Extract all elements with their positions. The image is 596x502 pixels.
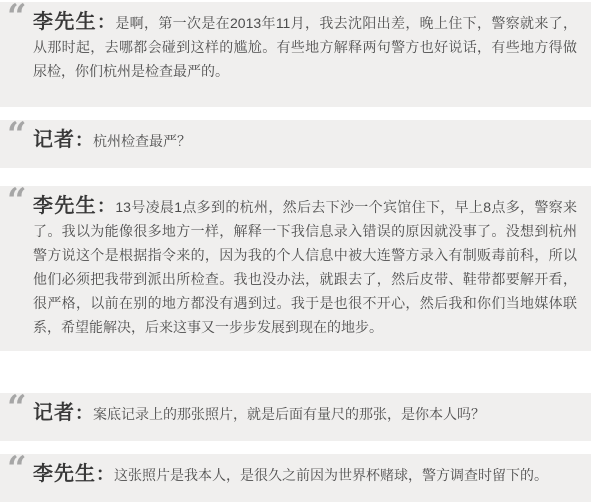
quote-paragraph: 李先生：13号凌晨1点多到的杭州，然后去下沙一个宾馆住下，早上8点多，警察来了。…	[33, 194, 577, 339]
speaker-colon: ：	[96, 464, 114, 484]
speaker-colon: ：	[75, 403, 93, 423]
speaker-name: 记者	[33, 129, 75, 151]
quote-paragraph: 记者：杭州检查最严？	[33, 128, 577, 153]
speaker-colon: ：	[97, 196, 115, 216]
interview-transcript-page: “ 李先生：是啊，第一次是在2013年11月，我去沈阳出差，晚上住下，警察就来了…	[0, 0, 596, 502]
quote-paragraph: 记者：案底记录上的那张照片，就是后面有量尺的那张，是你本人吗？	[33, 401, 577, 426]
quote-block-4: “ 记者：案底记录上的那张照片，就是后面有量尺的那张，是你本人吗？	[0, 393, 591, 441]
quote-icon: “	[7, 393, 27, 423]
quote-block-5: “ 李先生：这张照片是我本人，是很久之前因为世界杯赌球，警方调查时留下的。	[0, 454, 591, 502]
quote-body-text: 杭州检查最严？	[93, 133, 191, 149]
speaker-colon: ：	[75, 130, 93, 150]
speaker-name: 李先生	[33, 11, 97, 33]
quote-icon: “	[7, 454, 27, 484]
speaker-colon: ：	[97, 12, 115, 32]
speaker-name: 李先生	[33, 195, 97, 217]
quote-icon: “	[7, 2, 27, 32]
quote-block-2: “ 记者：杭州检查最严？	[0, 120, 591, 168]
quote-icon: “	[7, 120, 27, 150]
quote-icon: “	[7, 186, 27, 216]
quote-block-3: “ 李先生：13号凌晨1点多到的杭州，然后去下沙一个宾馆住下，早上8点多，警察来…	[0, 186, 591, 351]
quote-paragraph: 李先生：这张照片是我本人，是很久之前因为世界杯赌球，警方调查时留下的。	[33, 462, 577, 487]
quote-body-text: 案底记录上的那张照片，就是后面有量尺的那张，是你本人吗？	[93, 406, 485, 422]
quote-paragraph: 李先生：是啊，第一次是在2013年11月，我去沈阳出差，晚上住下，警察就来了，从…	[33, 10, 577, 83]
quote-body-text: 13号凌晨1点多到的杭州，然后去下沙一个宾馆住下，早上8点多，警察来了。我以为能…	[33, 199, 577, 335]
quote-block-1: “ 李先生：是啊，第一次是在2013年11月，我去沈阳出差，晚上住下，警察就来了…	[0, 2, 591, 107]
quote-body-text: 是啊，第一次是在2013年11月，我去沈阳出差，晚上住下，警察就来了，从那时起，…	[33, 15, 577, 79]
speaker-name: 李先生	[33, 463, 96, 485]
speaker-name: 记者	[33, 402, 75, 424]
quote-body-text: 这张照片是我本人，是很久之前因为世界杯赌球，警方调查时留下的。	[114, 467, 548, 483]
